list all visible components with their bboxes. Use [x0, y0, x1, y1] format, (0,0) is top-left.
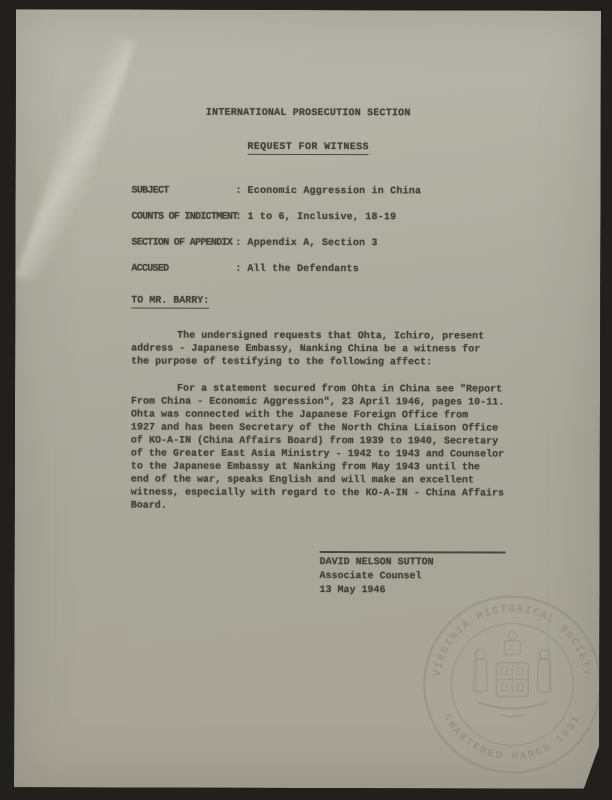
body-paragraph-2: For a statement secured from Ohta in Chi… — [131, 383, 527, 514]
info-label-appendix: SECTION OF APPENDIX — [131, 238, 235, 264]
info-block: SUBJECT : Economic Aggression in China C… — [131, 186, 421, 291]
info-label-counts: COUNTS OF INDICTMENT — [131, 212, 235, 238]
info-label-subject: SUBJECT — [131, 186, 235, 212]
paper-crease — [16, 30, 135, 290]
embossed-seal: VIRGINIA HISTORICAL SOCIETY CHARTERED MA… — [416, 588, 609, 781]
salutation: TO MR. BARRY: — [131, 296, 209, 307]
document-title: REQUEST FOR WITNESS — [16, 141, 601, 154]
info-label-accused: ACCUSED — [131, 264, 235, 290]
signature-role: Associate Counsel — [320, 570, 520, 585]
info-value-appendix: Appendix A, Section 3 — [247, 238, 421, 264]
body-paragraph-1: The undersigned requests that Ohta, Ichi… — [131, 330, 527, 370]
info-colon: : — [235, 186, 247, 212]
info-colon: : — [235, 212, 247, 238]
document-title-text: REQUEST FOR WITNESS — [247, 142, 369, 155]
info-colon: : — [235, 264, 247, 290]
scanned-document-background: INTERNATIONAL PROSECUTION SECTION REQUES… — [0, 0, 612, 800]
document-page: INTERNATIONAL PROSECUTION SECTION REQUES… — [14, 9, 601, 789]
org-heading: INTERNATIONAL PROSECUTION SECTION — [16, 107, 601, 120]
info-value-counts: 1 to 6, Inclusive, 18-19 — [247, 212, 421, 238]
info-value-subject: Economic Aggression in China — [247, 186, 421, 212]
info-value-accused: All the Defendants — [247, 264, 421, 290]
signature-name: DAVID NELSON SUTTON — [320, 556, 520, 571]
salutation-text: TO MR. BARRY: — [131, 296, 209, 309]
info-colon: : — [235, 238, 247, 264]
seal-coat-of-arms — [473, 631, 551, 716]
signature-rule — [320, 551, 506, 553]
